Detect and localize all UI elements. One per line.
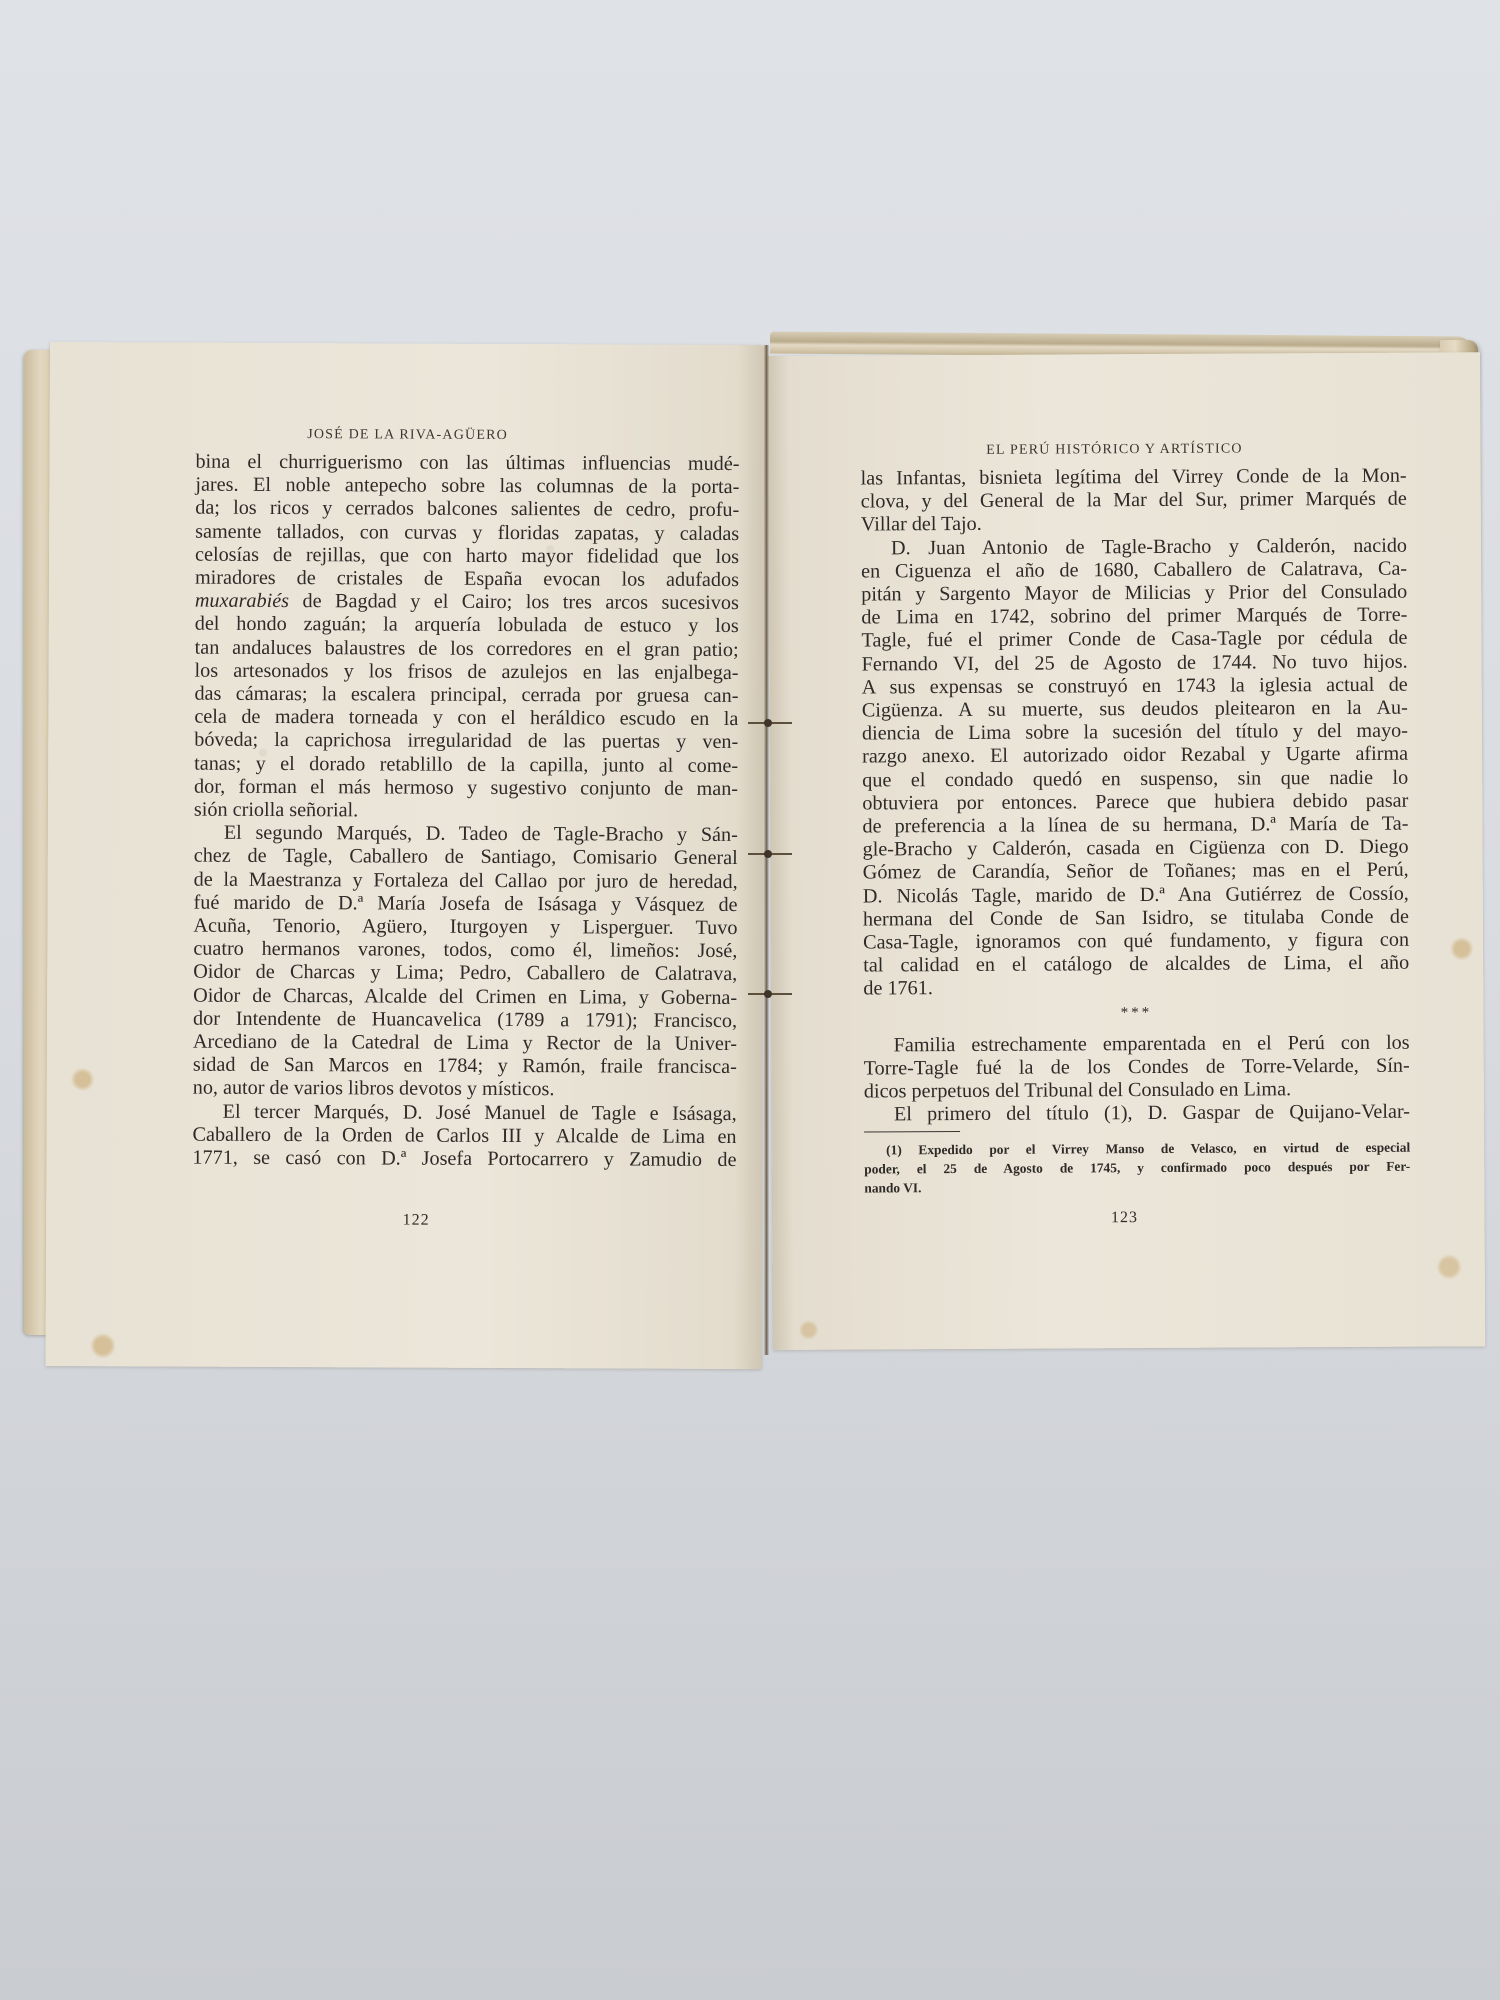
line-text: dor Intendente de Huancavelica (1789 a 1… <box>193 1008 737 1032</box>
right-running-head: El Perú histórico y artístico <box>748 440 1480 460</box>
text-line: Arcediano de la Catedral de Lima y Recto… <box>193 1031 737 1057</box>
text-line: obtuviera por entonces. Parece que hubie… <box>862 789 1408 815</box>
line-text: D. Nicolás Tagle, marido de D.ª Ana Guti… <box>863 882 1409 907</box>
section-break-asterisks: *** <box>863 1000 1409 1026</box>
text-line: samente tallados, con curvas y floridas … <box>195 520 739 546</box>
text-line: Casa-Tagle, ignoramos con qué fundamento… <box>863 929 1409 955</box>
text-line: tal calidad en el catálogo de alcaldes d… <box>863 952 1409 978</box>
line-text: que el condado quedó en suspenso, sin qu… <box>862 766 1408 791</box>
line-text: sión criolla señorial. <box>194 799 358 822</box>
text-line: Gómez de Carandía, Señor de Toñanes; mas… <box>863 859 1409 885</box>
text-line: no, autor de varios libros devotos y mís… <box>193 1077 737 1103</box>
text-line: jares. El noble antepecho sobre las colu… <box>195 474 739 500</box>
line-text: gle-Bracho y Calderón, casada en Cigüenz… <box>863 836 1409 861</box>
line-text: Fernando VI, del 25 de Agosto de 1744. N… <box>862 650 1408 675</box>
text-line: D. Nicolás Tagle, marido de D.ª Ana Guti… <box>863 882 1409 908</box>
text-line: de preferencia a la línea de su hermana,… <box>862 813 1408 839</box>
text-line: dicos perpetuos del Tribunal del Consula… <box>864 1078 1410 1104</box>
line-text: clova, y del General de la Mar del Sur, … <box>861 488 1407 513</box>
text-line: de la Maestranza y Fortaleza del Callao … <box>194 868 738 894</box>
text-line: tan andaluces balaustres de los corredor… <box>195 636 739 662</box>
text-line: gle-Bracho y Calderón, casada en Cigüenz… <box>863 836 1409 862</box>
text-line: en Ciguenza el año de 1680, Caballero de… <box>861 557 1407 583</box>
line-text: Caballero de la Orden de Carlos III y Al… <box>192 1124 736 1148</box>
text-line: El primero del título (1), D. Gaspar de … <box>864 1101 1410 1127</box>
open-book: José de la Riva-Agüero bina el churrigue… <box>0 0 1500 1400</box>
line-text: jares. El noble antepecho sobre las colu… <box>195 474 739 498</box>
text-line: bóveda; la caprichosa irregularidad de l… <box>194 729 738 755</box>
line-text: los artesonados y los frisos de azulejos… <box>195 659 739 683</box>
text-line: Cigüenza. A su muerte, sus deudos pleite… <box>862 697 1408 723</box>
text-line: muxarabiés de Bagdad y el Cairo; los tre… <box>195 590 739 616</box>
line-text: dor, forman el más hermoso y sugestivo c… <box>194 775 738 799</box>
text-line: El segundo Marqués, D. Tadeo de Tagle-Br… <box>194 822 738 848</box>
text-line: Oidor de Charcas, Alcalde del Crimen en … <box>193 984 737 1010</box>
footnote: (1) Expedido por el Virrey Manso de Vela… <box>864 1137 1410 1197</box>
text-line: Caballero de la Orden de Carlos III y Al… <box>192 1124 736 1150</box>
text-line: bina el churriguerismo con las últimas i… <box>195 451 739 477</box>
line-text: de Lima en 1742, sobrino del primer Marq… <box>861 604 1407 629</box>
line-text: de preferencia a la línea de su hermana,… <box>862 813 1408 838</box>
line-text: tanas; y el dorado retablillo de la capi… <box>194 752 738 776</box>
line-text: en Ciguenza el año de 1680, Caballero de… <box>861 557 1407 582</box>
line-text: pitán y Sargento Mayor de Milicias y Pri… <box>861 581 1407 606</box>
line-text: 1771, se casó con D.ª Josefa Portocarrer… <box>192 1147 736 1171</box>
text-line: cuatro hermanos varones, todos, como él,… <box>193 938 737 964</box>
text-line: Fernando VI, del 25 de Agosto de 1744. N… <box>862 650 1408 676</box>
line-text: D. Juan Antonio de Tagle-Bracho y Calder… <box>891 534 1407 559</box>
text-line: dor Intendente de Huancavelica (1789 a 1… <box>193 1008 737 1034</box>
text-line: Oidor de Charcas y Lima; Pedro, Caballer… <box>193 961 737 987</box>
line-text: Casa-Tagle, ignoramos con qué fundamento… <box>863 929 1409 954</box>
text-line: Torre-Tagle fué la de los Condes de Torr… <box>864 1055 1410 1081</box>
line-text: cuatro hermanos varones, todos, como él,… <box>193 938 737 962</box>
line-text: obtuviera por entonces. Parece que hubie… <box>862 789 1408 814</box>
left-page-number: 122 <box>70 1210 762 1231</box>
binding-stitch <box>748 993 792 995</box>
right-page-number: 123 <box>764 1207 1484 1229</box>
text-line: que el condado quedó en suspenso, sin qu… <box>862 766 1408 792</box>
line-text: samente tallados, con curvas y floridas … <box>195 520 739 544</box>
text-line: de Lima en 1742, sobrino del primer Marq… <box>861 604 1407 630</box>
line-text: Villar del Tajo. <box>861 513 982 536</box>
text-line: diencia de Lima sobre la sucesión del tí… <box>862 720 1408 746</box>
line-text: Oidor de Charcas, Alcalde del Crimen en … <box>193 984 737 1008</box>
right-page-body: las Infantas, bisnieta legítima del Virr… <box>861 465 1411 1198</box>
line-text: tan andaluces balaustres de los corredor… <box>195 636 739 660</box>
text-line: pitán y Sargento Mayor de Milicias y Pri… <box>861 581 1407 607</box>
line-text: Arcediano de la Catedral de Lima y Recto… <box>193 1031 737 1055</box>
line-text: das cámaras; la escalera principal, cerr… <box>194 683 738 707</box>
left-running-head: José de la Riva-Agüero <box>50 426 766 445</box>
text-line: da; los ricos y cerrados balcones salien… <box>195 497 739 523</box>
text-line: fué marido de D.ª María Josefa de Isásag… <box>194 891 738 917</box>
binding-stitch <box>748 853 792 855</box>
text-line: sidad de San Marcos en 1784; y Ramón, fr… <box>193 1054 737 1080</box>
line-text: tal calidad en el catálogo de alcaldes d… <box>863 952 1409 977</box>
footnote-line: poder, el 25 de Agosto de 1745, y confir… <box>864 1156 1410 1178</box>
line-text: El primero del título (1), D. Gaspar de … <box>894 1101 1410 1126</box>
line-text: miradores de cristales de España evocan … <box>195 567 739 591</box>
line-text: celosías de rejillas, que con harto mayo… <box>195 543 739 567</box>
text-line: das cámaras; la escalera principal, cerr… <box>194 683 738 709</box>
line-text: de Bagdad y el Cairo; los tres arcos suc… <box>289 590 739 614</box>
left-page: José de la Riva-Agüero bina el churrigue… <box>46 342 766 1369</box>
binding-stitch <box>748 722 792 724</box>
text-line: las Infantas, bisnieta legítima del Virr… <box>861 465 1407 491</box>
line-text: no, autor de varios libros devotos y mís… <box>193 1077 555 1101</box>
text-line: chez de Tagle, Caballero de Santiago, Co… <box>194 845 738 871</box>
line-text: dicos perpetuos del Tribunal del Consula… <box>864 1079 1291 1103</box>
line-text: sidad de San Marcos en 1784; y Ramón, fr… <box>193 1054 737 1078</box>
text-line: clova, y del General de la Mar del Sur, … <box>861 488 1407 514</box>
text-line: los artesonados y los frisos de azulejos… <box>195 659 739 685</box>
line-text: Acuña, Tenorio, Agüero, Iturgoyen y Lisp… <box>193 915 737 939</box>
line-text: da; los ricos y cerrados balcones salien… <box>195 497 739 521</box>
text-line: tanas; y el dorado retablillo de la capi… <box>194 752 738 778</box>
line-text: fué marido de D.ª María Josefa de Isásag… <box>194 891 738 915</box>
line-text: Torre-Tagle fué la de los Condes de Torr… <box>864 1055 1410 1080</box>
line-text: las Infantas, bisnieta legítima del Virr… <box>861 465 1407 490</box>
right-page-paragraphs: las Infantas, bisnieta legítima del Virr… <box>861 465 1410 1002</box>
line-text: El tercer Marqués, D. José Manuel de Tag… <box>223 1100 737 1124</box>
text-line: Familia estrechamente emparentada en el … <box>864 1032 1410 1058</box>
text-line: Tagle, fué el primer Conde de Casa-Tagle… <box>861 627 1407 653</box>
line-text: razgo anexo. El autorizado oidor Rezabal… <box>862 743 1408 768</box>
text-line: cela de madera torneada y con el heráldi… <box>194 706 738 732</box>
footnote-rule <box>864 1131 960 1133</box>
line-text: cela de madera torneada y con el heráldi… <box>194 706 738 730</box>
left-page-body: bina el churriguerismo con las últimas i… <box>192 451 739 1173</box>
text-line: D. Juan Antonio de Tagle-Bracho y Calder… <box>861 534 1407 560</box>
italic-word: muxarabiés <box>195 590 289 612</box>
text-line: Acuña, Tenorio, Agüero, Iturgoyen y Lisp… <box>193 915 737 941</box>
text-line: miradores de cristales de España evocan … <box>195 567 739 593</box>
right-page-paragraphs-after-break: Familia estrechamente emparentada en el … <box>864 1032 1410 1128</box>
text-line: dor, forman el más hermoso y sugestivo c… <box>194 775 738 801</box>
line-text: chez de Tagle, Caballero de Santiago, Co… <box>194 845 738 869</box>
line-text: Tagle, fué el primer Conde de Casa-Tagle… <box>861 627 1407 652</box>
text-line: del hondo zaguán; la arquería lobulada d… <box>195 613 739 639</box>
text-line: hermana del Conde de San Isidro, se titu… <box>863 906 1409 932</box>
line-text: Familia estrechamente emparentada en el … <box>894 1032 1410 1057</box>
line-text: Oidor de Charcas y Lima; Pedro, Caballer… <box>193 961 737 985</box>
line-text: hermana del Conde de San Isidro, se titu… <box>863 906 1409 931</box>
text-line: de 1761. <box>863 975 1409 1001</box>
text-line: celosías de rejillas, que con harto mayo… <box>195 543 739 569</box>
footnote-line: nando VI. <box>864 1175 1410 1197</box>
right-page: El Perú histórico y artístico las Infant… <box>768 352 1485 1350</box>
line-text: El segundo Marqués, D. Tadeo de Tagle-Br… <box>224 822 738 846</box>
line-text: Gómez de Carandía, Señor de Toñanes; mas… <box>863 859 1409 884</box>
footnote-line: (1) Expedido por el Virrey Manso de Vela… <box>864 1137 1410 1159</box>
text-line: El tercer Marqués, D. José Manuel de Tag… <box>193 1100 737 1126</box>
line-text: bóveda; la caprichosa irregularidad de l… <box>194 729 738 753</box>
text-line: Villar del Tajo. <box>861 511 1407 537</box>
text-line: sión criolla señorial. <box>194 799 738 825</box>
text-line: A sus expensas se construyó en 1743 la i… <box>862 673 1408 699</box>
text-line: razgo anexo. El autorizado oidor Rezabal… <box>862 743 1408 769</box>
text-line: 1771, se casó con D.ª Josefa Portocarrer… <box>192 1147 736 1173</box>
line-text: Cigüenza. A su muerte, sus deudos pleite… <box>862 697 1408 722</box>
line-text: diencia de Lima sobre la sucesión del tí… <box>862 720 1408 745</box>
line-text: de la Maestranza y Fortaleza del Callao … <box>194 868 738 892</box>
line-text: del hondo zaguán; la arquería lobulada d… <box>195 613 739 637</box>
line-text: bina el churriguerismo con las últimas i… <box>195 451 739 475</box>
line-text: de 1761. <box>863 978 933 1000</box>
line-text: A sus expensas se construyó en 1743 la i… <box>862 673 1408 698</box>
